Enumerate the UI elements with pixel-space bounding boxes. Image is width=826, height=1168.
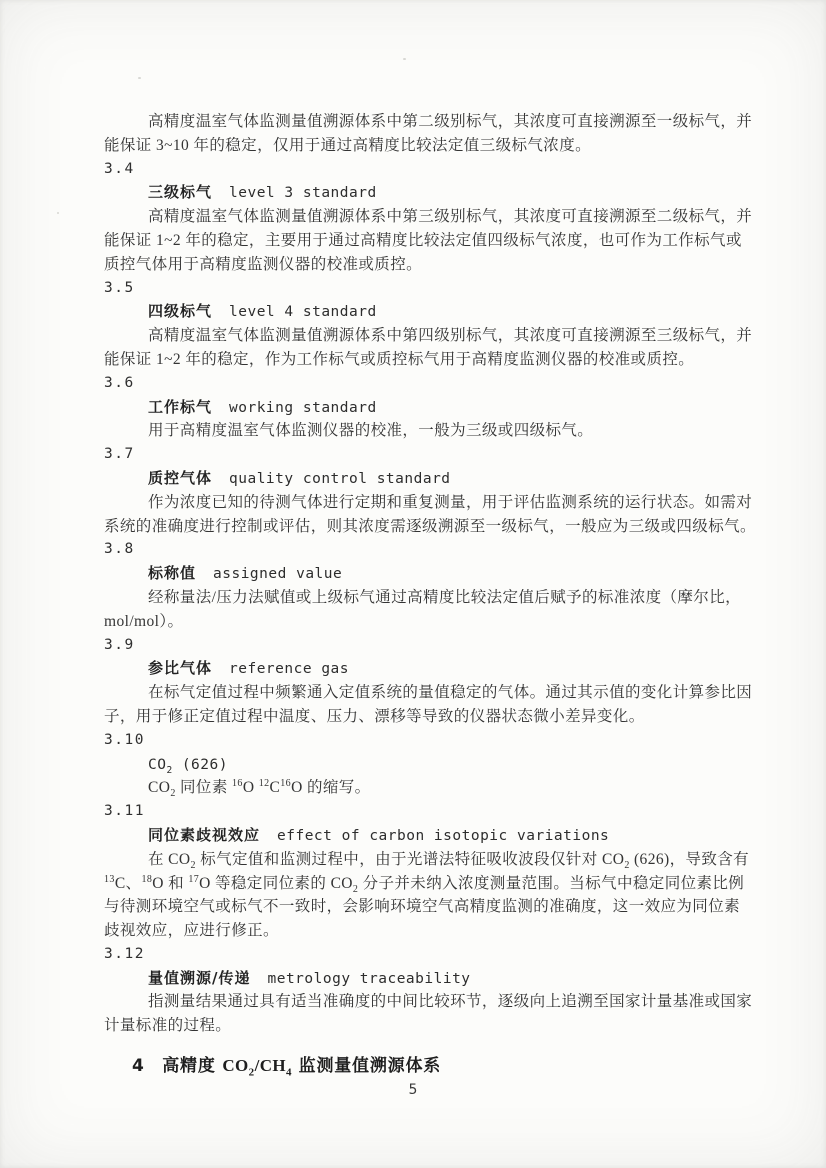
- text-segment: 3.5: [104, 280, 135, 296]
- text-segment: 3.12: [104, 946, 145, 962]
- text-segment: 高精度温室气体监测量值溯源体系中第二级别标气，其浓度可直接溯源至一级标气，并: [148, 113, 752, 130]
- text-segment: 指测量结果通过具有适当准确度的中间比较环节，逐级向上追溯至国家计量基准或国家: [148, 993, 752, 1010]
- text-segment: 作为浓度已知的待测气体进行定期和重复测量，用于评估监测系统的运行状态。如需对: [148, 494, 752, 511]
- clause-number: 3.4: [104, 158, 716, 182]
- text-segment: 16: [280, 778, 291, 789]
- body-line: 歧视效应，应进行修正。: [104, 919, 716, 943]
- text-segment: (626)，导致含有: [630, 851, 749, 868]
- text-segment: 4: [132, 1056, 144, 1076]
- body-line: 高精度温室气体监测量值溯源体系中第三级别标气，其浓度可直接溯源至二级标气，并: [104, 205, 716, 229]
- text-segment: 参比气体: [148, 659, 212, 677]
- body-line: 子，用于修正定值过程中温度、压力、漂移等导致的仪器状态微小差异变化。: [104, 705, 716, 729]
- text-segment: 高精度: [162, 1056, 222, 1076]
- scan-speckle: [57, 212, 59, 214]
- clause-number: 3.7: [104, 443, 716, 467]
- text-segment: 在 CO: [148, 851, 191, 868]
- text-segment: 3.7: [104, 446, 135, 462]
- text-segment: (626): [173, 757, 228, 773]
- text-segment: metrology traceability: [267, 971, 470, 987]
- text-segment: 子，用于修正定值过程中温度、压力、漂移等导致的仪器状态微小差异变化。: [104, 708, 645, 725]
- clause-number: 3.8: [104, 538, 716, 562]
- text-segment: 同位素: [176, 779, 232, 796]
- text-segment: O 的缩写。: [291, 779, 370, 796]
- clause-number: 3.10: [104, 729, 716, 753]
- text-segment: 18: [141, 873, 152, 884]
- text-segment: 能保证 1~2 年的稳定，作为工作标气或质控标气用于高精度监测仪器的校准或质控。: [104, 351, 694, 368]
- text-segment: 工作标气: [148, 398, 212, 416]
- text-segment: assigned value: [213, 566, 342, 582]
- text-segment: 质控气体: [148, 469, 212, 487]
- body-line: 13C、18O 和 17O 等稳定同位素的 CO2 分子并未纳入浓度测量范围。当…: [104, 872, 716, 896]
- text-segment: 量值溯源/传递: [148, 969, 250, 987]
- text-segment: 歧视效应，应进行修正。: [104, 922, 279, 939]
- body-line: 能保证 1~2 年的稳定，主要用于通过高精度比较法定值四级标气浓度，也可作为工作…: [104, 229, 716, 253]
- text-segment: O 和: [152, 875, 188, 892]
- text-segment: 计量标准的过程。: [104, 1017, 231, 1034]
- text-segment: 能保证 3~10 年的稳定，仅用于通过高精度比较法定值三级标气浓度。: [104, 137, 591, 154]
- body-line: 用于高精度温室气体监测仪器的校准，一般为三级或四级标气。: [104, 419, 716, 443]
- text-segment: 高精度温室气体监测量值溯源体系中第三级别标气，其浓度可直接溯源至二级标气，并: [148, 208, 752, 225]
- text-segment: 标称值: [148, 564, 196, 582]
- text-segment: 高精度温室气体监测量值溯源体系中第四级别标气，其浓度可直接溯源至三级标气，并: [148, 327, 752, 344]
- term-line: 标称值assigned value: [104, 562, 716, 586]
- body-line: CO2 同位素 16O 12C16O 的缩写。: [104, 776, 716, 800]
- text-segment: 17: [188, 873, 199, 884]
- text-segment: 3.9: [104, 637, 135, 653]
- term-line: 量值溯源/传递metrology traceability: [104, 967, 716, 991]
- text-segment: effect of carbon isotopic variations: [277, 828, 609, 844]
- term-line: 同位素歧视效应effect of carbon isotopic variati…: [104, 824, 716, 848]
- body-line: 能保证 1~2 年的稳定，作为工作标气或质控标气用于高精度监测仪器的校准或质控。: [104, 348, 716, 372]
- text-segment: O 等稳定同位素的 CO: [199, 875, 353, 892]
- body-line: 在 CO2 标气定值和监测过程中，由于光谱法特征吸收波段仅针对 CO2 (626…: [104, 848, 716, 872]
- text-segment: 12: [259, 778, 270, 789]
- body-line: 计量标准的过程。: [104, 1014, 716, 1038]
- body-line: mol/mol）。: [104, 610, 716, 634]
- text-segment: 3.6: [104, 375, 135, 391]
- text-segment: 13: [104, 873, 115, 884]
- body-line: 作为浓度已知的待测气体进行定期和重复测量，用于评估监测系统的运行状态。如需对: [104, 491, 716, 515]
- clause-number: 3.11: [104, 800, 716, 824]
- text-segment: 分子并未纳入浓度测量范围。当标气中稳定同位素比例: [358, 875, 744, 892]
- text-segment: 四级标气: [148, 302, 212, 320]
- term-line: 质控气体quality control standard: [104, 467, 716, 491]
- text-segment: C: [270, 779, 281, 796]
- term-line: 三级标气level 3 standard: [104, 181, 716, 205]
- text-segment: 用于高精度温室气体监测仪器的校准，一般为三级或四级标气。: [148, 422, 593, 439]
- text-segment: level 4 standard: [229, 304, 377, 320]
- text-segment: 3.8: [104, 541, 135, 557]
- text-segment: 三级标气: [148, 183, 212, 201]
- text-column: 高精度温室气体监测量值溯源体系中第二级别标气，其浓度可直接溯源至一级标气，并能保…: [104, 110, 716, 1079]
- body-line: 高精度温室气体监测量值溯源体系中第四级别标气，其浓度可直接溯源至三级标气，并: [104, 324, 716, 348]
- text-segment: reference gas: [229, 661, 349, 677]
- text-segment: 质控气体用于高精度监测仪器的校准或质控。: [104, 256, 422, 273]
- text-segment: O: [243, 779, 259, 796]
- text-segment: 同位素歧视效应: [148, 826, 260, 844]
- page-number: 5: [0, 1082, 826, 1098]
- term-line: 参比气体reference gas: [104, 657, 716, 681]
- clause-number: 3.12: [104, 943, 716, 967]
- body-line: 指测量结果通过具有适当准确度的中间比较环节，逐级向上追溯至国家计量基准或国家: [104, 990, 716, 1014]
- text-segment: 经称量法/压力法赋值或上级标气通过高精度比较法定值后赋予的标准浓度（摩尔比，: [148, 589, 741, 606]
- scan-speckle: [403, 58, 406, 60]
- body-line: 与待测环境空气或标气不一致时，会影响环境空气高精度监测的准确度，这一效应为同位素: [104, 895, 716, 919]
- scan-speckle: [138, 77, 141, 79]
- section-heading: 4高精度 CO2/CH4 监测量值溯源体系: [104, 1052, 716, 1079]
- body-line: 质控气体用于高精度监测仪器的校准或质控。: [104, 253, 716, 277]
- body-line: 在标气定值过程中频繁通入定值系统的量值稳定的气体。通过其示值的变化计算参比因: [104, 681, 716, 705]
- text-segment: 标气定值和监测过程中，由于光谱法特征吸收波段仅针对 CO: [196, 851, 624, 868]
- text-segment: 3.4: [104, 161, 135, 177]
- clause-number: 3.5: [104, 277, 716, 301]
- body-line: 高精度温室气体监测量值溯源体系中第二级别标气，其浓度可直接溯源至一级标气，并: [104, 110, 716, 134]
- clause-number: 3.6: [104, 372, 716, 396]
- text-segment: 能保证 1~2 年的稳定，主要用于通过高精度比较法定值四级标气浓度，也可作为工作…: [104, 232, 742, 249]
- text-segment: working standard: [229, 400, 377, 416]
- text-segment: 系统的准确度进行控制或评估，则其浓度需逐级溯源至一级标气，一般应为三级或四级标气…: [104, 518, 756, 535]
- term-line: 工作标气working standard: [104, 396, 716, 420]
- body-line: 能保证 3~10 年的稳定，仅用于通过高精度比较法定值三级标气浓度。: [104, 134, 716, 158]
- text-segment: CO: [148, 779, 170, 796]
- text-segment: /CH: [255, 1056, 286, 1075]
- term-line: 四级标气level 4 standard: [104, 300, 716, 324]
- text-segment: 监测量值溯源体系: [292, 1056, 441, 1076]
- text-segment: CO: [222, 1056, 248, 1075]
- text-segment: 在标气定值过程中频繁通入定值系统的量值稳定的气体。通过其示值的变化计算参比因: [148, 684, 752, 701]
- clause-number: 3.9: [104, 634, 716, 658]
- text-segment: 3.11: [104, 803, 145, 819]
- body-line: 经称量法/压力法赋值或上级标气通过高精度比较法定值后赋予的标准浓度（摩尔比，: [104, 586, 716, 610]
- text-segment: quality control standard: [229, 471, 451, 487]
- text-segment: mol/mol）。: [104, 613, 183, 630]
- text-segment: 与待测环境空气或标气不一致时，会影响环境空气高精度监测的准确度，这一效应为同位素: [104, 898, 740, 915]
- text-segment: C、: [115, 875, 142, 892]
- text-segment: CO: [148, 757, 166, 773]
- document-page: 高精度温室气体监测量值溯源体系中第二级别标气，其浓度可直接溯源至一级标气，并能保…: [0, 0, 826, 1168]
- text-segment: 16: [232, 778, 243, 789]
- text-segment: level 3 standard: [229, 185, 377, 201]
- body-line: 系统的准确度进行控制或评估，则其浓度需逐级溯源至一级标气，一般应为三级或四级标气…: [104, 515, 716, 539]
- text-segment: 3.10: [104, 732, 145, 748]
- term-line: CO2 (626): [104, 753, 716, 777]
